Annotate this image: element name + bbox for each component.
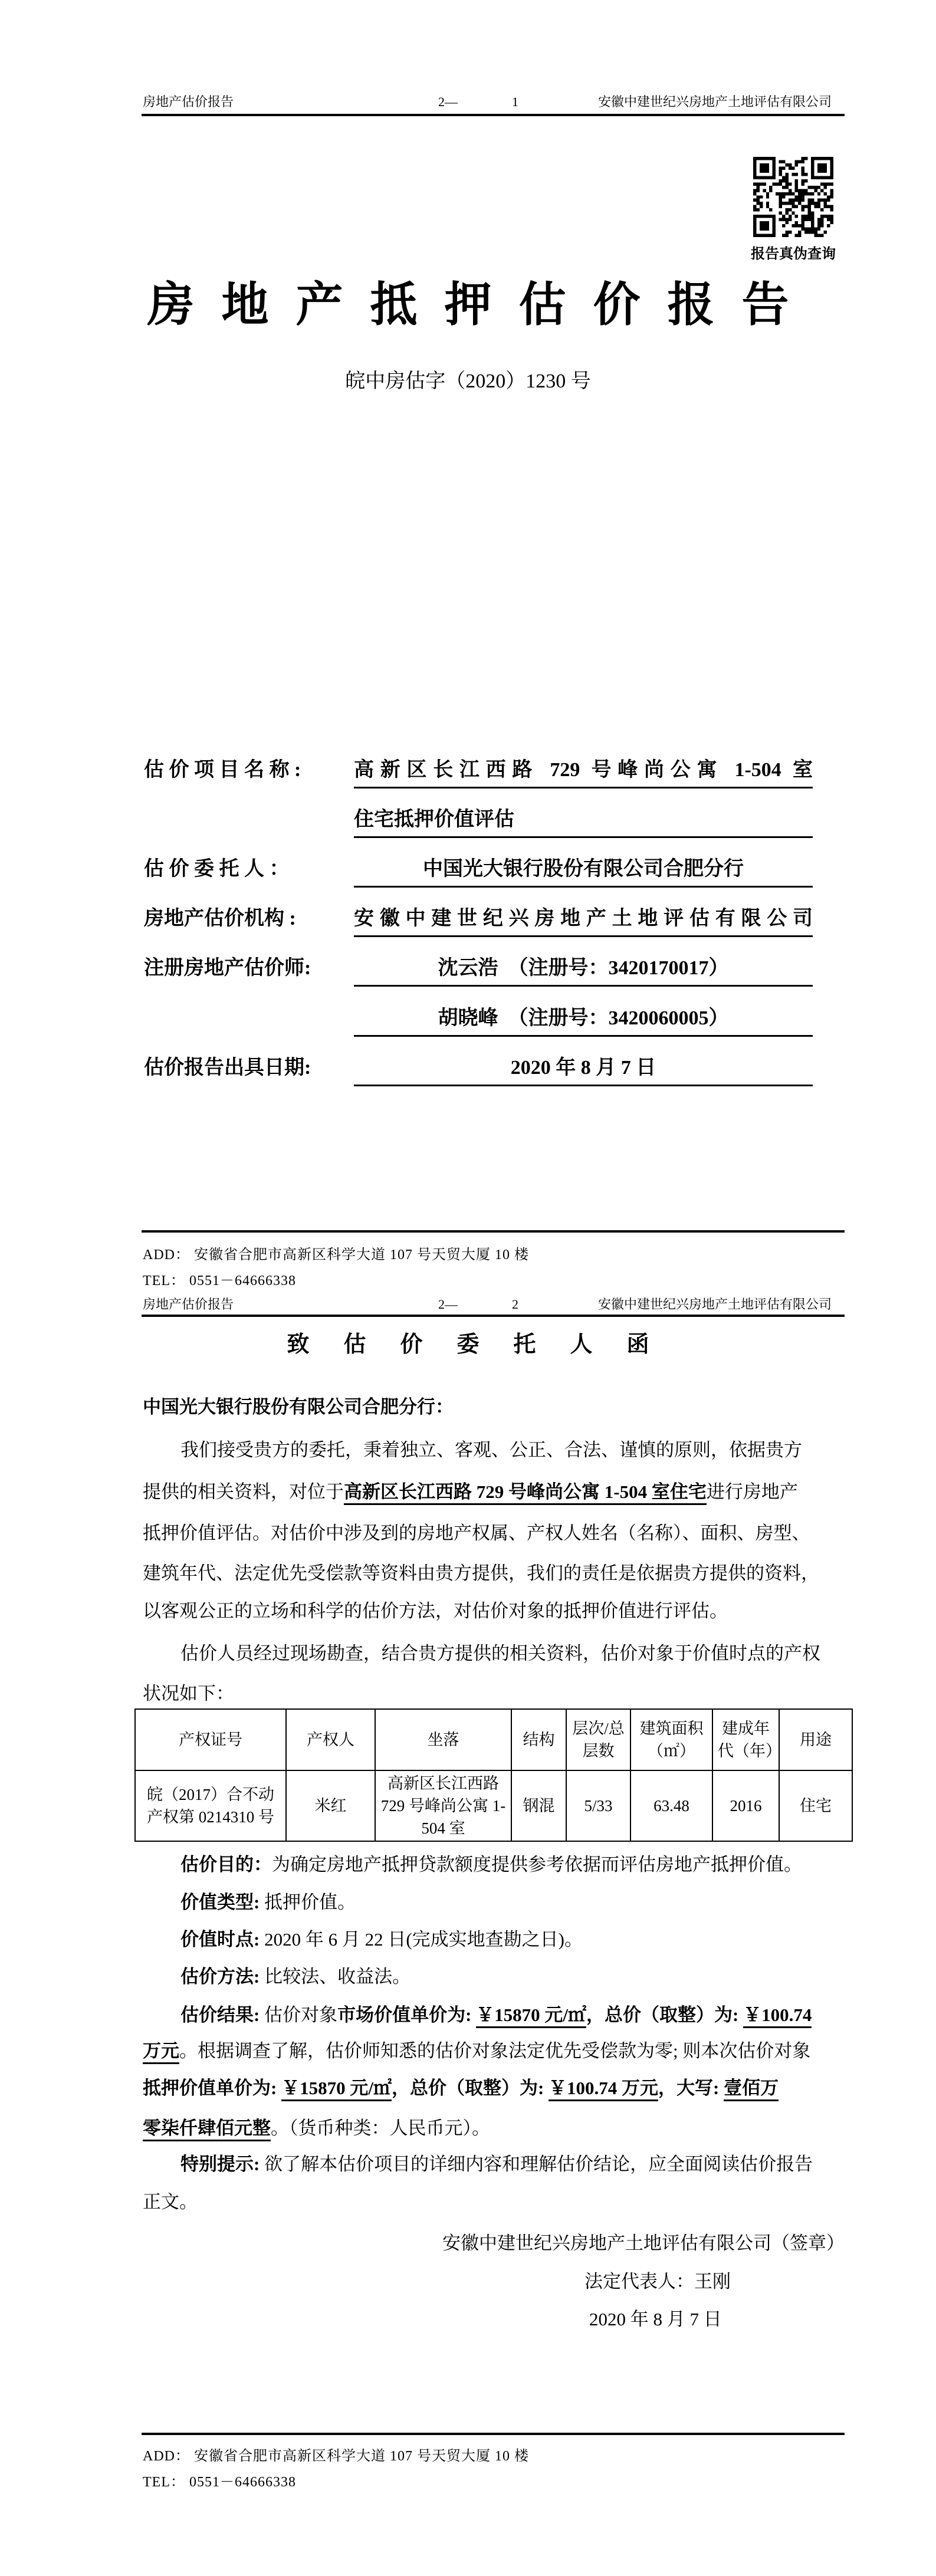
header-page-mark: 2— <box>438 93 458 111</box>
signature-date: 2020 年 8 月 7 日 <box>589 2304 722 2331</box>
field-value: 中国光大银行股份有限公司合肥分行 <box>354 855 813 888</box>
header-rule <box>142 1315 845 1317</box>
letter-line: 抵押价值评估。对估价中涉及到的房地产权属、产权人姓名（名称）、面积、房型、 <box>143 1521 850 1546</box>
header-page-number: 1 <box>512 93 518 111</box>
note-result-line3: 抵押价值单价为: ￥15870 元/㎡，总价（取整）为: ￥100.74 万元，… <box>143 2076 850 2101</box>
field-label: 房地产估价机构 : <box>144 904 296 934</box>
header-page-number: 2 <box>512 1296 518 1313</box>
footer-phone: TEL： 0551－64666338 <box>143 1271 296 1290</box>
report-doc-number: 皖中房估字（2020）1230 号 <box>0 364 936 393</box>
cell-use: 住宅 <box>779 1770 852 1841</box>
letter-line: 以客观公正的立场和科学的估价方法，对估价对象的抵押价值进行评估。 <box>143 1599 850 1624</box>
signature-company: 安徽中建世纪兴房地产土地评估有限公司（签章） <box>143 2228 845 2255</box>
table-header-row: 产权证号 产权人 坐落 结构 层次/总层数 建筑面积（㎡） 建成年代（年） 用途 <box>135 1709 852 1770</box>
note-result-line1: 估价结果: 估价对象市场价值单价为: ￥15870 元/㎡，总价（取整）为: ￥… <box>143 2003 850 2028</box>
property-table: 产权证号 产权人 坐落 结构 层次/总层数 建筑面积（㎡） 建成年代（年） 用途… <box>134 1708 853 1842</box>
qr-code-box <box>753 157 833 237</box>
qr-verify-label: 报告真伪查询 <box>744 242 842 262</box>
note-result-line4: 零柒仟肆佰元整。（货币种类：人民币元）。 <box>143 2116 850 2141</box>
note-special-tip-line1: 特别提示: 欲了解本估价项目的详细内容和理解估价结论，应全面阅读估价报告 <box>143 2152 850 2177</box>
header-rule <box>142 114 845 116</box>
footer-address: ADD： 安徽省合肥市高新区科学大道 107 号天贸大厦 10 楼 <box>143 2447 529 2466</box>
letter-salutation: 中国光大银行股份有限公司合肥分行： <box>143 1392 454 1418</box>
note-special-tip-line2: 正文。 <box>143 2190 850 2214</box>
letter-title: 致估价委托人函 <box>0 1326 936 1358</box>
field-value: 胡晓峰 （注册号：3420060005） <box>354 1004 813 1037</box>
cell-structure: 钢混 <box>511 1770 566 1841</box>
letter-line: 建筑年代、法定优先受偿款等资料由贵方提供，我们的责任是依据贵方提供的资料， <box>143 1561 850 1586</box>
col-use: 用途 <box>779 1709 852 1770</box>
footer-rule <box>142 1230 845 1233</box>
cell-area: 63.48 <box>630 1770 712 1841</box>
letter-line: 状况如下： <box>143 1681 850 1706</box>
letter-line: 我们接受贵方的委托，秉着独立、客观、公正、合法、谨慎的原则，依据贵方 <box>143 1438 850 1463</box>
note-method: 估价方法: 比较法、收益法。 <box>143 1964 850 1989</box>
field-value: 沈云浩 （注册号：3420170017） <box>354 954 813 987</box>
note-purpose: 估价目的：为确定房地产抵押贷款额度提供参考依据而评估房地产抵押价值。 <box>143 1852 850 1877</box>
field-value: 2020 年 8 月 7 日 <box>354 1053 813 1086</box>
footer-rule <box>142 2433 845 2435</box>
col-area: 建筑面积（㎡） <box>630 1709 712 1770</box>
field-value: 高新区长江西路 729 号峰尚公寓 1-504 室 <box>354 755 813 788</box>
note-result-line2: 万元。根据调查了解，估价师知悉的估价对象法定优先受偿款为零; 则本次估价对象 <box>143 2039 850 2064</box>
header-doc-type: 房地产估价报告 <box>143 1296 234 1313</box>
letter-line: 估价人员经过现场勘查，结合贵方提供的相关资料，估价对象于价值时点的产权 <box>143 1641 850 1666</box>
cell-floor: 5/33 <box>566 1770 630 1841</box>
field-label: 注册房地产估价师: <box>144 954 311 983</box>
table-row: 皖（2017）合不动产权第 0214310 号 米红 高新区长江西路 729 号… <box>135 1770 852 1841</box>
footer-phone: TEL： 0551－64666338 <box>143 2473 296 2492</box>
col-deed-number: 产权证号 <box>135 1709 286 1770</box>
cell-location: 高新区长江西路 729 号峰尚公寓 1-504 室 <box>375 1770 511 1841</box>
header-company-name: 安徽中建世纪兴房地产土地评估有限公司 <box>598 93 832 111</box>
field-value: 住宅抵押价值评估 <box>354 805 813 838</box>
note-value-type: 价值类型: 抵押价值。 <box>143 1890 850 1915</box>
report-title: 房地产抵押估价报告 <box>0 267 936 334</box>
signature-legal-rep: 法定代表人：王刚 <box>584 2266 731 2293</box>
field-label: 估 价 项 目 名 称 : <box>144 755 301 785</box>
note-value-date: 价值时点: 2020 年 6 月 22 日(完成实地查勘之日)。 <box>143 1927 850 1952</box>
col-year-built: 建成年代（年） <box>712 1709 779 1770</box>
qr-code <box>753 157 833 237</box>
field-value: 安徽中建世纪兴房地产土地评估有限公司 <box>354 904 813 937</box>
footer-address: ADD： 安徽省合肥市高新区科学大道 107 号天贸大厦 10 楼 <box>143 1246 529 1264</box>
field-label: 估价报告出具日期: <box>144 1053 311 1083</box>
cell-owner: 米红 <box>286 1770 375 1841</box>
cell-deed-number: 皖（2017）合不动产权第 0214310 号 <box>135 1770 286 1841</box>
col-location: 坐落 <box>375 1709 511 1770</box>
cell-year-built: 2016 <box>712 1770 779 1841</box>
header-doc-type: 房地产估价报告 <box>143 93 234 111</box>
header-company-name: 安徽中建世纪兴房地产土地评估有限公司 <box>598 1296 832 1313</box>
report-document: 房地产估价报告 2— 1 安徽中建世纪兴房地产土地评估有限公司 报告真伪查询 房… <box>0 0 936 2576</box>
field-label: 估 价 委 托 人 ： <box>144 855 290 884</box>
col-structure: 结构 <box>511 1709 566 1770</box>
col-owner: 产权人 <box>286 1709 375 1770</box>
col-floor: 层次/总层数 <box>566 1709 630 1770</box>
header-page-mark: 2— <box>438 1296 458 1313</box>
letter-line: 提供的相关资料，对位于高新区长江西路 729 号峰尚公寓 1-504 室住宅进行… <box>143 1480 850 1504</box>
